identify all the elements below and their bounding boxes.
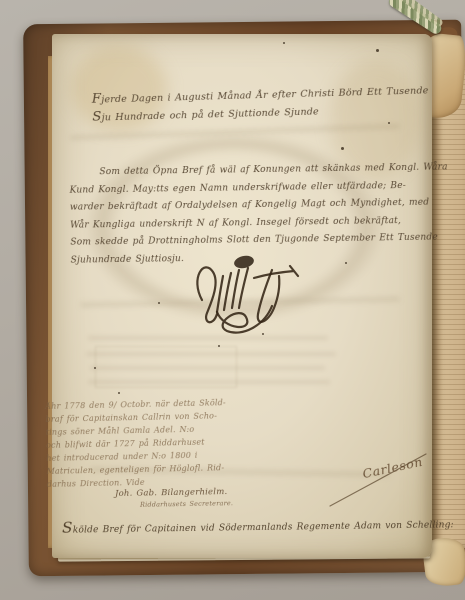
ink-speck (118, 392, 120, 394)
royal-signature-flourish (182, 246, 332, 341)
book-fore-edge-pages (431, 54, 465, 548)
annotation-signature: Joh. Gab. Bilangerhielm. (115, 487, 228, 499)
ink-speck (388, 122, 390, 124)
ink-speck (218, 345, 220, 347)
ink-speck (341, 147, 344, 150)
bleedthrough-stamp-outline (95, 346, 237, 388)
bleedthrough-line (88, 336, 328, 340)
annotation-signature-title: Riddarhusets Secreterare. (140, 499, 233, 509)
ink-speck (94, 367, 96, 369)
ink-speck (262, 333, 264, 335)
ink-speck (376, 49, 379, 52)
ink-speck (283, 42, 285, 44)
manuscript-photo: Fjerde Dagen i Augusti Månad År efter Ch… (0, 0, 465, 600)
ink-speck (158, 302, 160, 304)
archival-annotation: Åhr 1778 den 9/ Octobr. när detta Sköld-… (45, 396, 228, 491)
ink-speck (345, 262, 347, 264)
